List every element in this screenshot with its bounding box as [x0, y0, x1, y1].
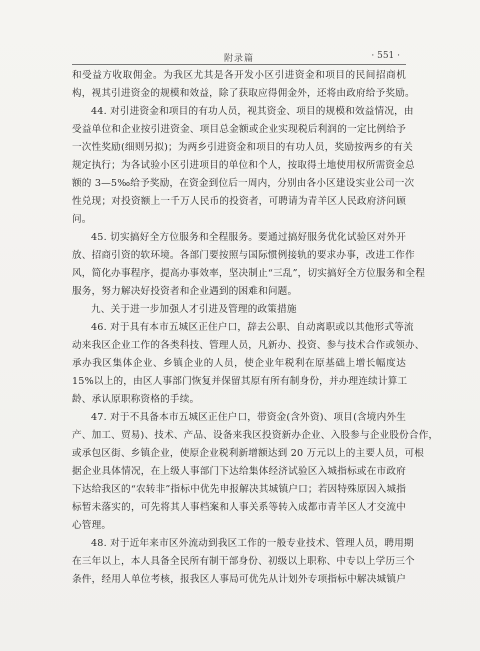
text-line: 下达给我区的“农转非”指标中优先申报解决其城镇户口；若因特殊原因入城指 — [72, 481, 406, 499]
text-line: 47. 对于不具备本市五城区正住户口，带资金(含外资)、项目(含境内外生 — [72, 409, 406, 427]
text-line: 条件，经用人单位考核，报我区人事局可优先从计划外专项指标中解决城镇户 — [72, 571, 406, 589]
text-line: 心管理。 — [72, 517, 406, 535]
text-line: 据企业具体情况，在上级人事部门下达给集体经济试验区入城指标或在市政府 — [72, 463, 406, 481]
text-line: 规定执行；为各试验小区引进项目的单位和个人，按取得土地使用权所需资金总 — [72, 157, 406, 175]
running-title: 附录篇 — [72, 51, 406, 64]
text-line: 标暂未落实的，可先将其人事档案和人事关系等转入成都市青羊区人才交流中 — [72, 499, 406, 517]
text-line: 额的 3—5‰给予奖励，在资金到位后一周内，分别由各小区建设实业公司一次 — [72, 175, 406, 193]
text-line: 和受益方收取佣金。为我区尤其是各开发小区引进资金和项目的民间招商机 — [72, 67, 406, 85]
page-body: 和受益方收取佣金。为我区尤其是各开发小区引进资金和项目的民间招商机构，视其引进资… — [72, 67, 406, 589]
text-line: 15%以上的，由区人事部门恢复并保留其原有所有制身份，并办理连续计算工 — [72, 373, 406, 391]
text-line: 问。 — [72, 211, 406, 229]
text-line: 构，视其引进资金的规模和效益，除了获取应得佣金外，还将由政府给予奖励。 — [72, 85, 406, 103]
page-number: · 551 · — [371, 51, 400, 61]
text-line: 放、招商引资的软环境。各部门要按照与国际惯例接轨的要求办事，改进工作作 — [72, 247, 406, 265]
document-page: 附录篇 · 551 · 和受益方收取佣金。为我区尤其是各开发小区引进资金和项目的… — [0, 0, 480, 651]
page-header: 附录篇 · 551 · — [72, 50, 406, 65]
text-line: 产、加工、贸易)、技术、产品、设备来我区投资新办企业、入股参与企业股份合作， — [72, 427, 406, 445]
text-line: 服务，努力解决好投资者和企业遇到的困难和问题。 — [72, 283, 406, 301]
text-line: 或承包区街、乡镇企业，使原企业税利新增额达到 20 万元以上的主要人员，可根 — [72, 445, 406, 463]
text-line: 承办我区集体企业、乡镇企业的人员，使企业年税利在原基础上增长幅度达 — [72, 355, 406, 373]
text-line: 44. 对引进资金和项目的有功人员，视其资金、项目的规模和效益情况，由 — [72, 103, 406, 121]
text-line: 46. 对于具有本市五城区正住户口，辞去公职、自动离职或以其他形式等流 — [72, 319, 406, 337]
text-line: 一次性奖励(细则另拟)；为两乡引进资金和项目的有功人员，奖励按两乡的有关 — [72, 139, 406, 157]
text-line: 九、关于进一步加强人才引进及管理的政策措施 — [72, 301, 406, 319]
text-line: 48. 对于近年来市区外流动到我区工作的一般专业技术、管理人员，聘用期 — [72, 535, 406, 553]
text-line: 龄、承认原职称资格的手续。 — [72, 391, 406, 409]
text-line: 性兑现；对投资额上一千万人民币的投资者，可聘请为青羊区人民政府济问顾 — [72, 193, 406, 211]
text-line: 受益单位和企业按引进资金、项目总金额或企业实现税后利润的一定比例给予 — [72, 121, 406, 139]
text-line: 45. 切实搞好全方位服务和全程服务。要通过搞好服务优化试验区对外开 — [72, 229, 406, 247]
text-line: 动来我区企业工作的各类科技、管理人员，凡新办、投资、参与技术合作或领办、 — [72, 337, 406, 355]
text-line: 在三年以上，本人具备全民所有制干部身份、初级以上职称、中专以上学历三个 — [72, 553, 406, 571]
text-line: 风，简化办事程序，提高办事效率，坚决制止“三乱”，切实搞好全方位服务和全程 — [72, 265, 406, 283]
